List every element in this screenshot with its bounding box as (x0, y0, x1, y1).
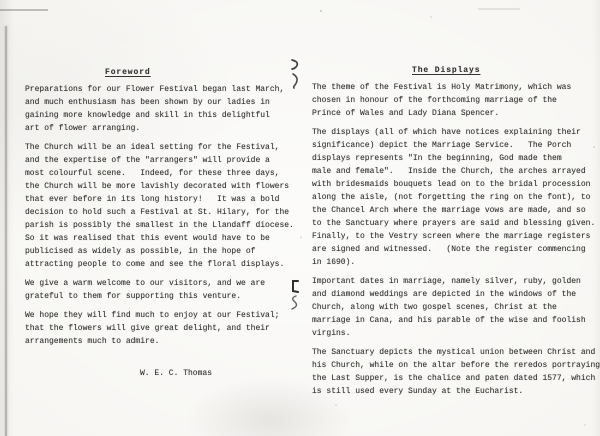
displays-paragraph-1: The theme of the Festival is Holy Matrim… (312, 81, 600, 120)
foreword-paragraph-3: We give a warm welcome to our visitors, … (25, 277, 297, 303)
displays-page: The Displays The theme of the Festival i… (312, 64, 600, 404)
displays-title: The Displays (412, 64, 480, 77)
scan-speck (584, 424, 586, 426)
scan-speck (335, 404, 337, 406)
scan-speck (300, 236, 302, 239)
displays-paragraph-3: Important dates in marriage, namely silv… (312, 275, 600, 340)
scan-edge-top-right (478, 8, 520, 10)
foreword-title: Foreword (105, 66, 151, 79)
scan-edge-left (5, 26, 7, 436)
scan-speck (320, 10, 322, 12)
foreword-paragraph-2: The Church will be an ideal setting for … (25, 141, 297, 271)
ink-squiggle-icon (288, 58, 304, 90)
scan-speck (430, 16, 432, 18)
foreword-page: Foreword Preparations for our Flower Fes… (25, 66, 297, 380)
foreword-paragraph-1: Preparations for our Flower Festival beg… (25, 83, 297, 135)
scan-speck (593, 146, 595, 148)
displays-paragraph-4: The Sanctuary depicts the mystical union… (312, 346, 600, 398)
displays-paragraph-2: The displays (all of which have notices … (312, 126, 600, 269)
scan-edge-top-left (0, 9, 48, 11)
foreword-paragraph-4: We hope they will find much to enjoy at … (25, 309, 297, 348)
author-signature: W. E. C. Thomas (140, 367, 297, 380)
ink-bracket-icon (287, 279, 303, 311)
